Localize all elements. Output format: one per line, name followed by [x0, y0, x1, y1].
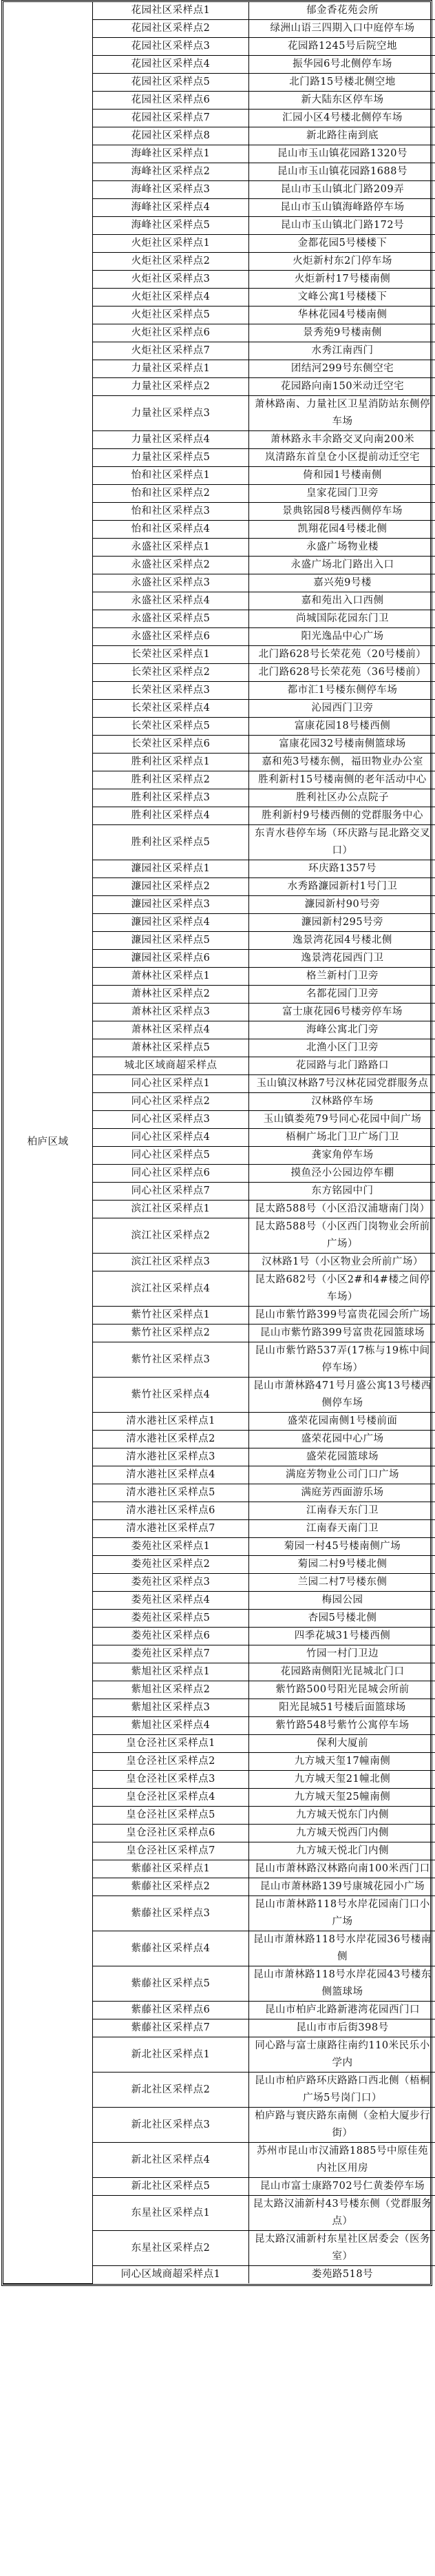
- site-name-cell: 皇仓泾社区采样点4: [93, 1789, 249, 1807]
- site-address-cell: 梅园公园: [249, 1592, 435, 1610]
- site-address-cell: 江南春天南门卫: [249, 1520, 435, 1538]
- site-name-cell: 东星社区采样点1: [93, 2196, 249, 2231]
- site-address-cell: 梧桐广场北门卫广场门卫: [249, 1129, 435, 1147]
- site-name-cell: 力量社区采样点4: [93, 431, 249, 449]
- site-name-cell: 火炬社区采样点2: [93, 253, 249, 271]
- site-name-cell: 娄苑社区采样点4: [93, 1592, 249, 1610]
- site-address-cell: 阳光逸品中心广场: [249, 628, 435, 646]
- site-name-cell: 清水港社区采样点2: [93, 1431, 249, 1448]
- site-address-cell: 昆山市紫竹路399号富贵花园会所广场: [249, 1307, 435, 1325]
- site-address-cell: 菊园一村45号楼南侧广场: [249, 1538, 435, 1556]
- site-name-cell: 皇仓泾社区采样点6: [93, 1825, 249, 1842]
- site-name-cell: 长荣社区采样点1: [93, 646, 249, 664]
- site-name-cell: 火炬社区采样点3: [93, 271, 249, 289]
- site-name-cell: 长荣社区采样点3: [93, 682, 249, 700]
- site-address-cell: 胜利新村9号楼西侧的党群服务中心: [249, 807, 435, 825]
- site-name-cell: 紫藤社区采样点1: [93, 1860, 249, 1878]
- site-address-cell: 萧林路永丰余路交叉向南200米: [249, 431, 435, 449]
- site-name-cell: 同心区域商超采样点1: [93, 2266, 249, 2284]
- site-address-cell: 昆山市萧林路汉林路向南100米西门口: [249, 1860, 435, 1878]
- site-name-cell: 娄苑社区采样点1: [93, 1538, 249, 1556]
- site-name-cell: 紫藤社区采样点3: [93, 1896, 249, 1931]
- site-name-cell: 濂园社区采样点4: [93, 914, 249, 932]
- site-name-cell: 力量社区采样点2: [93, 378, 249, 396]
- site-address-cell: 昆山市玉山镇北门路172号: [249, 217, 435, 235]
- site-name-cell: 花园社区采样点8: [93, 127, 249, 145]
- site-name-cell: 长荣社区采样点6: [93, 736, 249, 754]
- site-address-cell: 胜利新村15号楼南侧的老年活动中心: [249, 771, 435, 789]
- site-address-cell: 岚清路东首皇仓小区提前动迁空宅: [249, 449, 435, 467]
- site-address-cell: 娄苑路518号: [249, 2266, 435, 2284]
- site-name-cell: 清水港社区采样点5: [93, 1484, 249, 1502]
- site-address-cell: 振华园6号北侧停车场: [249, 56, 435, 74]
- site-name-cell: 胜利社区采样点5: [93, 825, 249, 860]
- site-address-cell: 火炬新村东2门停车场: [249, 253, 435, 271]
- site-name-cell: 怡和社区采样点2: [93, 485, 249, 503]
- site-name-cell: 萧林社区采样点3: [93, 1004, 249, 1021]
- site-address-cell: 昆山市紫竹路537弄(17栋与19栋中间停车场）: [249, 1342, 435, 1378]
- site-name-cell: 东星社区采样点2: [93, 2231, 249, 2266]
- site-address-cell: 花园路向南150米动迁空宅: [249, 378, 435, 396]
- site-name-cell: 同心社区采样点4: [93, 1129, 249, 1147]
- site-address-cell: 汇园小区4号楼北侧停车场: [249, 110, 435, 127]
- site-name-cell: 永盛社区采样点6: [93, 628, 249, 646]
- site-address-cell: 昆山市玉山镇花园路1688号: [249, 163, 435, 181]
- site-address-cell: 阳光昆城51号楼后面篮球场: [249, 1699, 435, 1717]
- site-address-cell: 九方城天悦西门内侧: [249, 1825, 435, 1842]
- site-address-cell: 嘉和苑3号楼东侧，福田物业办公室: [249, 754, 435, 771]
- site-address-cell: 水秀路濂园新村1号门卫: [249, 878, 435, 896]
- site-address-cell: 昆太路汉浦新村东星社区居委会（医务室）: [249, 2231, 435, 2266]
- site-address-cell: 昆山市萧林路139号康城花园小广场: [249, 1878, 435, 1896]
- site-name-cell: 濂园社区采样点6: [93, 950, 249, 968]
- site-name-cell: 清水港社区采样点3: [93, 1448, 249, 1466]
- site-name-cell: 海峰社区采样点4: [93, 199, 249, 217]
- site-name-cell: 滨江社区采样点1: [93, 1201, 249, 1218]
- site-address-cell: 四季花城31号楼西侧: [249, 1628, 435, 1645]
- site-name-cell: 胜利社区采样点2: [93, 771, 249, 789]
- site-name-cell: 紫旭社区采样点1: [93, 1663, 249, 1681]
- site-name-cell: 火炬社区采样点1: [93, 235, 249, 253]
- site-name-cell: 花园社区采样点6: [93, 92, 249, 110]
- site-name-cell: 濂园社区采样点3: [93, 896, 249, 914]
- site-address-cell: 同心路与富士康路往南约110米民乐小学内: [249, 2037, 435, 2073]
- site-name-cell: 海峰社区采样点3: [93, 181, 249, 199]
- site-name-cell: 皇仓泾社区采样点7: [93, 1842, 249, 1860]
- site-name-cell: 火炬社区采样点5: [93, 307, 249, 324]
- site-address-cell: 濂园新村295号旁: [249, 914, 435, 932]
- site-name-cell: 娄苑社区采样点3: [93, 1574, 249, 1592]
- site-address-cell: 柏庐路与寰庆路东南侧（金柏大厦步行街）: [249, 2108, 435, 2143]
- site-address-cell: 玉山镇汉林路7号汉林花园党群服务点: [249, 1075, 435, 1093]
- site-address-cell: 菊园二村9号楼北侧: [249, 1556, 435, 1574]
- site-address-cell: 九方城天玺25幢南侧: [249, 1789, 435, 1807]
- site-address-cell: 昆太路682号（小区2#和4#楼之间停车场）: [249, 1271, 435, 1307]
- site-name-cell: 永盛社区采样点2: [93, 557, 249, 574]
- site-name-cell: 滨江社区采样点4: [93, 1271, 249, 1307]
- site-address-cell: 花园路南侧阳光昆城北门口: [249, 1663, 435, 1681]
- site-address-cell: 沁园西门卫旁: [249, 700, 435, 718]
- site-name-cell: 滨江社区采样点2: [93, 1218, 249, 1254]
- site-name-cell: 紫藤社区采样点6: [93, 2002, 249, 2019]
- site-name-cell: 力量社区采样点5: [93, 449, 249, 467]
- site-name-cell: 花园社区采样点7: [93, 110, 249, 127]
- site-address-cell: 昆山市市后街398号: [249, 2019, 435, 2037]
- site-name-cell: 新北社区采样点4: [93, 2143, 249, 2178]
- site-address-cell: 满庭芳西面游乐场: [249, 1484, 435, 1502]
- site-name-cell: 永盛社区采样点4: [93, 592, 249, 610]
- site-name-cell: 花园社区采样点2: [93, 20, 249, 38]
- site-address-cell: 汉林路停车场: [249, 1093, 435, 1111]
- site-name-cell: 皇仓泾社区采样点1: [93, 1735, 249, 1753]
- sampling-sites-table-frame: 柏庐区域花园社区采样点1 郁金香花苑会所 花园社区采样点2 绿洲山语三四期入口中…: [1, 0, 432, 2286]
- site-name-cell: 萧林社区采样点5: [93, 1039, 249, 1057]
- site-address-cell: 昆山市玉山镇北门路209弄: [249, 181, 435, 199]
- site-address-cell: 昆山市紫竹路399号富贵花园篮球场: [249, 1325, 435, 1342]
- site-name-cell: 永盛社区采样点3: [93, 574, 249, 592]
- site-address-cell: 郁金香花苑会所: [249, 2, 435, 20]
- site-address-cell: 景秀苑9号楼南侧: [249, 324, 435, 342]
- site-address-cell: 竹园一村门卫边: [249, 1645, 435, 1663]
- site-address-cell: 海峰公寓北门旁: [249, 1021, 435, 1039]
- site-address-cell: 九方城天玺17幢南侧: [249, 1753, 435, 1771]
- site-address-cell: 富康花园32号楼南侧篮球场: [249, 736, 435, 754]
- site-name-cell: 花园社区采样点5: [93, 74, 249, 92]
- site-address-cell: 萧林路南、力量社区卫星消防站东侧停车场: [249, 396, 435, 431]
- site-name-cell: 怡和社区采样点3: [93, 503, 249, 521]
- site-name-cell: 城北区域商超采样点: [93, 1057, 249, 1075]
- site-address-cell: 火炬新村17号楼南侧: [249, 271, 435, 289]
- site-name-cell: 新北社区采样点2: [93, 2073, 249, 2108]
- site-name-cell: 紫藤社区采样点7: [93, 2019, 249, 2037]
- site-name-cell: 娄苑社区采样点6: [93, 1628, 249, 1645]
- sampling-sites-table: 柏庐区域花园社区采样点1 郁金香花苑会所 花园社区采样点2 绿洲山语三四期入口中…: [3, 2, 435, 2284]
- site-name-cell: 同心社区采样点3: [93, 1111, 249, 1129]
- site-name-cell: 长荣社区采样点4: [93, 700, 249, 718]
- site-name-cell: 皇仓泾社区采样点3: [93, 1771, 249, 1789]
- site-address-cell: 华林花园4号楼南侧: [249, 307, 435, 324]
- site-name-cell: 紫竹社区采样点4: [93, 1378, 249, 1413]
- site-address-cell: 兰园二村7号楼东侧: [249, 1574, 435, 1592]
- site-address-cell: 嘉兴苑9号楼: [249, 574, 435, 592]
- site-name-cell: 花园社区采样点1: [93, 2, 249, 20]
- site-address-cell: 盛荣花园中心广场: [249, 1431, 435, 1448]
- site-address-cell: 格兰新村门卫旁: [249, 968, 435, 986]
- site-address-cell: 昆山市柏庐路环庆路路口西北侧（梧桐广场5号岗门口）: [249, 2073, 435, 2108]
- site-name-cell: 海峰社区采样点2: [93, 163, 249, 181]
- site-name-cell: 火炬社区采样点4: [93, 289, 249, 307]
- site-name-cell: 同心社区采样点7: [93, 1183, 249, 1201]
- site-name-cell: 萧林社区采样点1: [93, 968, 249, 986]
- site-name-cell: 濂园社区采样点5: [93, 932, 249, 950]
- site-name-cell: 怡和社区采样点1: [93, 467, 249, 485]
- site-name-cell: 新北社区采样点5: [93, 2178, 249, 2196]
- site-address-cell: 昆山市萧林路118号水岸花园36号楼南侧: [249, 1931, 435, 1966]
- site-address-cell: 保利大厦前: [249, 1735, 435, 1753]
- site-address-cell: 景典铭园8号楼西侧停车场: [249, 503, 435, 521]
- site-address-cell: 北门路15号楼北侧空地: [249, 74, 435, 92]
- site-address-cell: 团结河299号东侧空宅: [249, 360, 435, 378]
- site-name-cell: 娄苑社区采样点2: [93, 1556, 249, 1574]
- site-address-cell: 北门路628号长荣花苑（36号楼前）: [249, 664, 435, 682]
- site-address-cell: 嘉和苑出入口西侧: [249, 592, 435, 610]
- site-name-cell: 萧林社区采样点4: [93, 1021, 249, 1039]
- site-address-cell: 龚家角停车场: [249, 1147, 435, 1165]
- site-address-cell: 环庆路1357号: [249, 860, 435, 878]
- site-name-cell: 胜利社区采样点3: [93, 789, 249, 807]
- site-name-cell: 紫竹社区采样点3: [93, 1342, 249, 1378]
- site-name-cell: 花园社区采样点3: [93, 38, 249, 56]
- site-address-cell: 新大陆东区停车场: [249, 92, 435, 110]
- site-name-cell: 长荣社区采样点2: [93, 664, 249, 682]
- site-address-cell: 胜利社区办公点院子: [249, 789, 435, 807]
- site-address-cell: 九方城天玺21幢北侧: [249, 1771, 435, 1789]
- site-name-cell: 花园社区采样点4: [93, 56, 249, 74]
- site-address-cell: 绿洲山语三四期入口中庭停车场: [249, 20, 435, 38]
- site-name-cell: 胜利社区采样点4: [93, 807, 249, 825]
- site-name-cell: 同心社区采样点2: [93, 1093, 249, 1111]
- site-name-cell: 永盛社区采样点5: [93, 610, 249, 628]
- region-cell: 柏庐区域: [3, 2, 93, 2283]
- site-address-cell: 九方城天悦北门内侧: [249, 1842, 435, 1860]
- site-name-cell: 同心社区采样点6: [93, 1165, 249, 1183]
- site-name-cell: 新北社区采样点1: [93, 2037, 249, 2073]
- site-address-cell: 逸景湾花园4号楼北侧: [249, 932, 435, 950]
- site-address-cell: 满庭芳物业公司门口广场: [249, 1466, 435, 1484]
- site-address-cell: 昆山市玉山镇花园路1320号: [249, 145, 435, 163]
- site-address-cell: 昆太路汉浦新村43号楼东侧（党群服务点）: [249, 2196, 435, 2231]
- site-name-cell: 紫旭社区采样点4: [93, 1717, 249, 1735]
- site-name-cell: 紫藤社区采样点5: [93, 1966, 249, 2002]
- site-address-cell: 名都花园门卫旁: [249, 986, 435, 1004]
- site-name-cell: 清水港社区采样点1: [93, 1413, 249, 1431]
- site-address-cell: 永盛广场物业楼: [249, 539, 435, 557]
- table-body: 柏庐区域花园社区采样点1 郁金香花苑会所 花园社区采样点2 绿洲山语三四期入口中…: [3, 2, 435, 2283]
- site-name-cell: 同心社区采样点1: [93, 1075, 249, 1093]
- site-address-cell: 汉林路1号（小区物业会所前广场）: [249, 1254, 435, 1271]
- site-address-cell: 永盛广场北门路出入口: [249, 557, 435, 574]
- site-name-cell: 胜利社区采样点1: [93, 754, 249, 771]
- site-address-cell: 花园路与北门路路口: [249, 1057, 435, 1075]
- site-name-cell: 清水港社区采样点6: [93, 1502, 249, 1520]
- site-name-cell: 清水港社区采样点7: [93, 1520, 249, 1538]
- site-address-cell: 昆太路588号（小区西门岗物业会所前广场）: [249, 1218, 435, 1254]
- site-name-cell: 同心社区采样点5: [93, 1147, 249, 1165]
- site-address-cell: 昆山市柏庐北路新港湾花园西门口: [249, 2002, 435, 2019]
- site-address-cell: 新北路往南到底: [249, 127, 435, 145]
- site-address-cell: 九方城天悦东门内侧: [249, 1807, 435, 1825]
- site-name-cell: 海峰社区采样点5: [93, 217, 249, 235]
- site-address-cell: 水秀江南西门: [249, 342, 435, 360]
- site-name-cell: 皇仓泾社区采样点5: [93, 1807, 249, 1825]
- site-name-cell: 清水港社区采样点4: [93, 1466, 249, 1484]
- site-address-cell: 紫竹路548号紫竹公寓停车场: [249, 1717, 435, 1735]
- site-address-cell: 富康花园18号楼西侧: [249, 718, 435, 736]
- site-name-cell: 永盛社区采样点1: [93, 539, 249, 557]
- site-name-cell: 滨江社区采样点3: [93, 1254, 249, 1271]
- site-address-cell: 紫竹路500号阳光昆城会所前: [249, 1681, 435, 1699]
- site-address-cell: 昆太路588号（小区沿汉浦塘南门岗）: [249, 1201, 435, 1218]
- site-address-cell: 富士康花园6号楼旁停车场: [249, 1004, 435, 1021]
- site-address-cell: 金都花园5号楼楼下: [249, 235, 435, 253]
- site-name-cell: 长荣社区采样点5: [93, 718, 249, 736]
- site-name-cell: 新北社区采样点3: [93, 2108, 249, 2143]
- site-address-cell: 倚和园1号楼南侧: [249, 467, 435, 485]
- site-address-cell: 昆山市萧林路118号水岸花园南门口小广场: [249, 1896, 435, 1931]
- site-address-cell: 昆山市富士康路702号仁黄娄停车场: [249, 2178, 435, 2196]
- site-address-cell: 江南春天东门卫: [249, 1502, 435, 1520]
- table-row: 柏庐区域花园社区采样点1 郁金香花苑会所: [3, 2, 435, 20]
- site-name-cell: 火炬社区采样点7: [93, 342, 249, 360]
- site-address-cell: 摸鱼泾小公园边停车棚: [249, 1165, 435, 1183]
- site-name-cell: 紫藤社区采样点2: [93, 1878, 249, 1896]
- site-address-cell: 盛荣花园篮球场: [249, 1448, 435, 1466]
- site-address-cell: 逸景湾花园西门卫: [249, 950, 435, 968]
- site-address-cell: 都市汇1号楼东侧停车场: [249, 682, 435, 700]
- site-address-cell: 皇家花园门卫旁: [249, 485, 435, 503]
- site-address-cell: 尚城国际花园东门卫: [249, 610, 435, 628]
- site-name-cell: 紫藤社区采样点4: [93, 1931, 249, 1966]
- site-address-cell: 北门路628号长荣花苑（20号楼前）: [249, 646, 435, 664]
- site-address-cell: 凯翔花园4号楼北侧: [249, 521, 435, 539]
- site-address-cell: 东青水巷停车场（环庆路与昆北路交叉口）: [249, 825, 435, 860]
- site-name-cell: 紫旭社区采样点2: [93, 1681, 249, 1699]
- site-address-cell: 文峰公寓1号楼楼下: [249, 289, 435, 307]
- site-name-cell: 力量社区采样点1: [93, 360, 249, 378]
- site-name-cell: 紫竹社区采样点2: [93, 1325, 249, 1342]
- site-address-cell: 盛荣花园南侧1号楼前面: [249, 1413, 435, 1431]
- site-address-cell: 昆山市玉山镇海峰路停车场: [249, 199, 435, 217]
- site-name-cell: 濂园社区采样点2: [93, 878, 249, 896]
- site-name-cell: 紫旭社区采样点3: [93, 1699, 249, 1717]
- site-address-cell: 苏州市昆山市汉浦路1885号中原佳苑内社区用房: [249, 2143, 435, 2178]
- site-address-cell: 花园路1245号后院空地: [249, 38, 435, 56]
- site-name-cell: 紫竹社区采样点1: [93, 1307, 249, 1325]
- site-address-cell: 东方铭园中门: [249, 1183, 435, 1201]
- site-name-cell: 怡和社区采样点4: [93, 521, 249, 539]
- site-name-cell: 火炬社区采样点6: [93, 324, 249, 342]
- site-name-cell: 濂园社区采样点1: [93, 860, 249, 878]
- site-name-cell: 海峰社区采样点1: [93, 145, 249, 163]
- site-name-cell: 娄苑社区采样点5: [93, 1610, 249, 1628]
- site-address-cell: 北渔小区门卫旁: [249, 1039, 435, 1057]
- site-name-cell: 皇仓泾社区采样点2: [93, 1753, 249, 1771]
- site-name-cell: 萧林社区采样点2: [93, 986, 249, 1004]
- site-address-cell: 杏园5号楼北侧: [249, 1610, 435, 1628]
- site-address-cell: 昆山市萧林路471号月盛公寓13号楼西侧停车场: [249, 1378, 435, 1413]
- site-address-cell: 昆山市萧林路118号水岸花园43号楼东侧篮球场: [249, 1966, 435, 2002]
- site-name-cell: 力量社区采样点3: [93, 396, 249, 431]
- site-address-cell: 玉山镇娄苑79号同心花园中间广场: [249, 1111, 435, 1129]
- site-address-cell: 濂园新村90号旁: [249, 896, 435, 914]
- site-name-cell: 娄苑社区采样点7: [93, 1645, 249, 1663]
